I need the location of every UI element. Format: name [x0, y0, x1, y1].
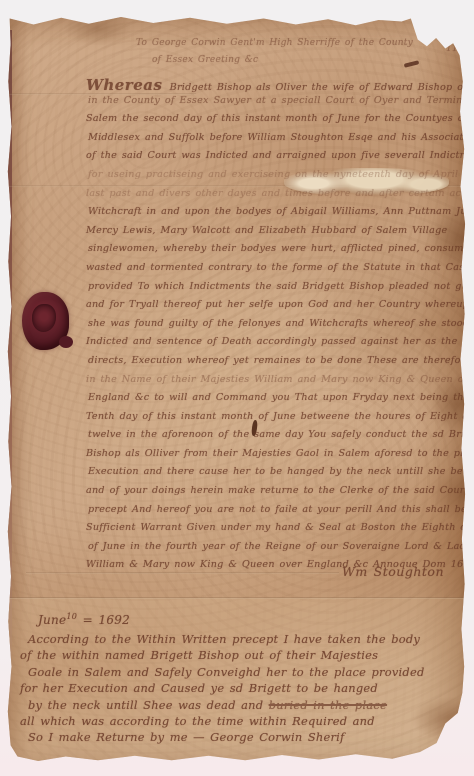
wax-seal-impression	[32, 304, 56, 332]
heading-line: To George Corwin Gent'm High Sherriffe o…	[136, 35, 413, 52]
manuscript-line: directs, Execution whereof yet remaines …	[88, 355, 462, 374]
warrant-body-text: Whereas Bridgett Bishop als Oliver the w…	[86, 76, 462, 578]
manuscript-line: twelve in the aforenoon of the same day …	[88, 429, 462, 448]
manuscript-line: Whereas Bridgett Bishop als Oliver the w…	[86, 76, 462, 95]
manuscript-line: Middlesex and Suffolk before William Sto…	[88, 132, 462, 151]
return-line: of the within named Brigett Bishop out o…	[20, 648, 460, 664]
manuscript-line: and of your doings herein make returne t…	[86, 485, 462, 504]
manuscript-line: Tenth day of this instant month of June …	[86, 411, 462, 430]
manuscript-line: and for Tryall thereof put her selfe upo…	[86, 299, 462, 318]
wax-seal-drip	[59, 336, 73, 348]
sheriff-return-note: June10 = 1692 According to the Within Wr…	[20, 612, 460, 747]
return-date-day: 10	[66, 612, 77, 621]
manuscript-line: in the County of Essex Sawyer at a speci…	[88, 95, 462, 114]
manuscript-line: Witchcraft in and upon the bodyes of Abi…	[88, 206, 462, 225]
opening-word: Whereas	[86, 76, 170, 94]
return-date-year: = 1692	[83, 613, 130, 627]
red-wax-seal	[22, 292, 69, 350]
left-edge-shadow	[6, 30, 12, 720]
manuscript-line: Salem the second day of this instant mon…	[86, 113, 462, 132]
manuscript-line: provided To which Indictments the said B…	[88, 281, 462, 300]
manuscript-page: 11 To George Corwin Gent'm High Sherriff…	[6, 14, 466, 764]
manuscript-line: Bishop als Olliver from their Majesties …	[86, 448, 462, 467]
manuscript-line: in the Name of their Majesties William a…	[86, 374, 462, 393]
return-date: June10 = 1692	[38, 612, 460, 632]
return-line: for her Execution and Caused ye sd Brige…	[20, 681, 460, 697]
return-line: Goale in Salem and Safely Conveighd her …	[28, 665, 460, 681]
return-line: So I make Returne by me — George Corwin …	[28, 730, 460, 746]
manuscript-line: of June in the fourth year of the Reigne…	[88, 541, 462, 560]
fold-crease	[6, 597, 466, 599]
manuscript-line: for useing practiseing and exerciseing o…	[88, 169, 462, 188]
manuscript-line: she was found guilty of the felonyes and…	[88, 318, 462, 337]
scanned-document: 11 To George Corwin Gent'm High Sherriff…	[0, 0, 474, 776]
return-line: by the neck untill Shee was dead and bur…	[28, 698, 460, 714]
manuscript-line: Sufficient Warrant Given under my hand &…	[86, 522, 462, 541]
stoughton-signature: Wm Stoughton	[342, 564, 444, 579]
heading-line: of Essex Greeting &c	[152, 52, 413, 69]
manuscript-line: Execution and there cause her to be hang…	[88, 466, 462, 485]
address-heading: To George Corwin Gent'm High Sherriffe o…	[136, 35, 413, 69]
return-line: all which was according to the time with…	[20, 714, 460, 730]
manuscript-line: England &c to will and Command you That …	[88, 392, 462, 411]
manuscript-line: of the said Court was Indicted and arrai…	[86, 150, 462, 169]
manuscript-line: last past and divers other dayes and tim…	[86, 188, 462, 207]
manuscript-line: Mercy Lewis, Mary Walcott and Elizabeth …	[86, 225, 462, 244]
return-note-lines: According to the Within Written precept …	[20, 632, 460, 747]
manuscript-line: singlewomen, whereby their bodyes were h…	[88, 243, 462, 262]
return-date-month: June	[38, 613, 66, 627]
manuscript-line: precept And hereof you are not to faile …	[88, 504, 462, 523]
return-line: According to the Within Written precept …	[28, 632, 460, 648]
corner-numeral: 11	[446, 44, 458, 54]
manuscript-line: wasted and tormented contrary to the for…	[86, 262, 462, 281]
manuscript-line: Indicted and sentence of Death according…	[86, 336, 462, 355]
